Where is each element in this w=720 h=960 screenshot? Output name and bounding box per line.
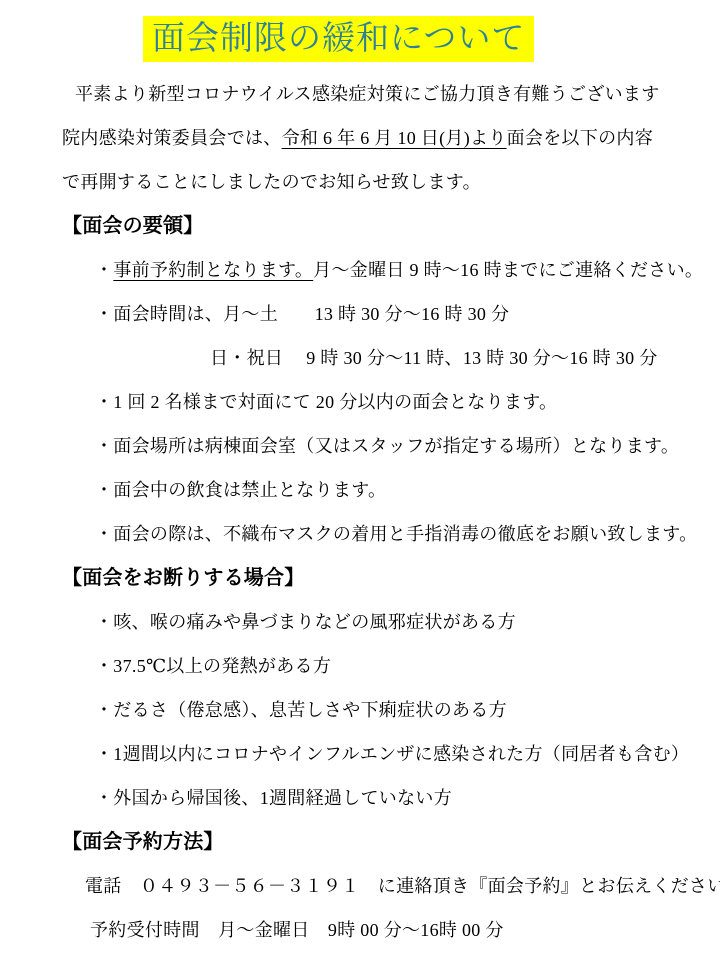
bullet-item-returned-abroad: ・外国から帰国後、1週間経過していない方 [62,776,712,820]
bullet-item-reservation-required: ・事前予約制となります。月～金曜日 9 時～16 時までにご連絡ください。 [62,248,712,292]
intro-line-1: 平素より新型コロナウイルス感染症対策にご協力頂き有難うございます [62,72,712,116]
bullet-item-no-eating: ・面会中の飲食は禁止となります。 [62,468,712,512]
reservation-phone-line: 電話 ０４９３－５６－３１９１ に連絡頂き『面会予約』とお伝えください。 [62,864,712,908]
bullet-marker: ・ [95,260,113,280]
intro-line-2: 院内感染対策委員会では、令和 6 年 6 月 10 日(月)より面会を以下の内容 [62,116,712,160]
reservation-required-underlined: 事前予約制となります。 [113,260,313,280]
bullet-item-visit-limit: ・1 回 2 名様まで対面にて 20 分以内の面会となります。 [62,380,712,424]
section-heading-guidelines: 【面会の要領】 [62,204,712,248]
section-heading-reservation: 【面会予約方法】 [62,820,712,864]
bullet-item-fatigue: ・だるさ（倦怠感）、息苦しさや下痢症状のある方 [62,688,712,732]
visit-hours-sunday-holiday: 日・祝日 9 時 30 分～11 時、13 時 30 分～16 時 30 分 [62,336,712,380]
bullet-item-visit-location: ・面会場所は病棟面会室（又はスタッフが指定する場所）となります。 [62,424,712,468]
reopen-date-underlined: 令和 6 年 6 月 10 日(月)より [282,128,507,148]
bullet-item-mask-sanitize: ・面会の際は、不織布マスクの着用と手指消毒の徹底をお願い致します。 [62,512,712,556]
document-page: 面会制限の緩和について 平素より新型コロナウイルス感染症対策にご協力頂き有難うご… [0,0,720,960]
bullet-item-recent-infection: ・1週間以内にコロナやインフルエンザに感染された方（同居者も含む） [62,732,712,776]
intro-line-3: で再開することにしましたのでお知らせ致します。 [62,160,712,204]
intro-line-2-post: 面会を以下の内容 [507,128,653,148]
reservation-required-rest: 月～金曜日 9 時～16 時までにご連絡ください。 [313,260,703,280]
notice-title: 面会制限の緩和について [143,16,534,62]
reservation-hours-line: 予約受付時間 月～金曜日 9時 00 分～16時 00 分 [62,908,712,952]
bullet-item-fever: ・37.5℃以上の発熱がある方 [62,644,712,688]
section-heading-refusal: 【面会をお断りする場合】 [62,556,712,600]
title-line: 面会制限の緩和について [62,16,712,62]
bullet-item-cold-symptoms: ・咳、喉の痛みや鼻づまりなどの風邪症状がある方 [62,600,712,644]
intro-line-2-pre: 院内感染対策委員会では、 [62,128,282,148]
bullet-item-visit-hours: ・面会時間は、月～土 13 時 30 分～16 時 30 分 [62,292,712,336]
